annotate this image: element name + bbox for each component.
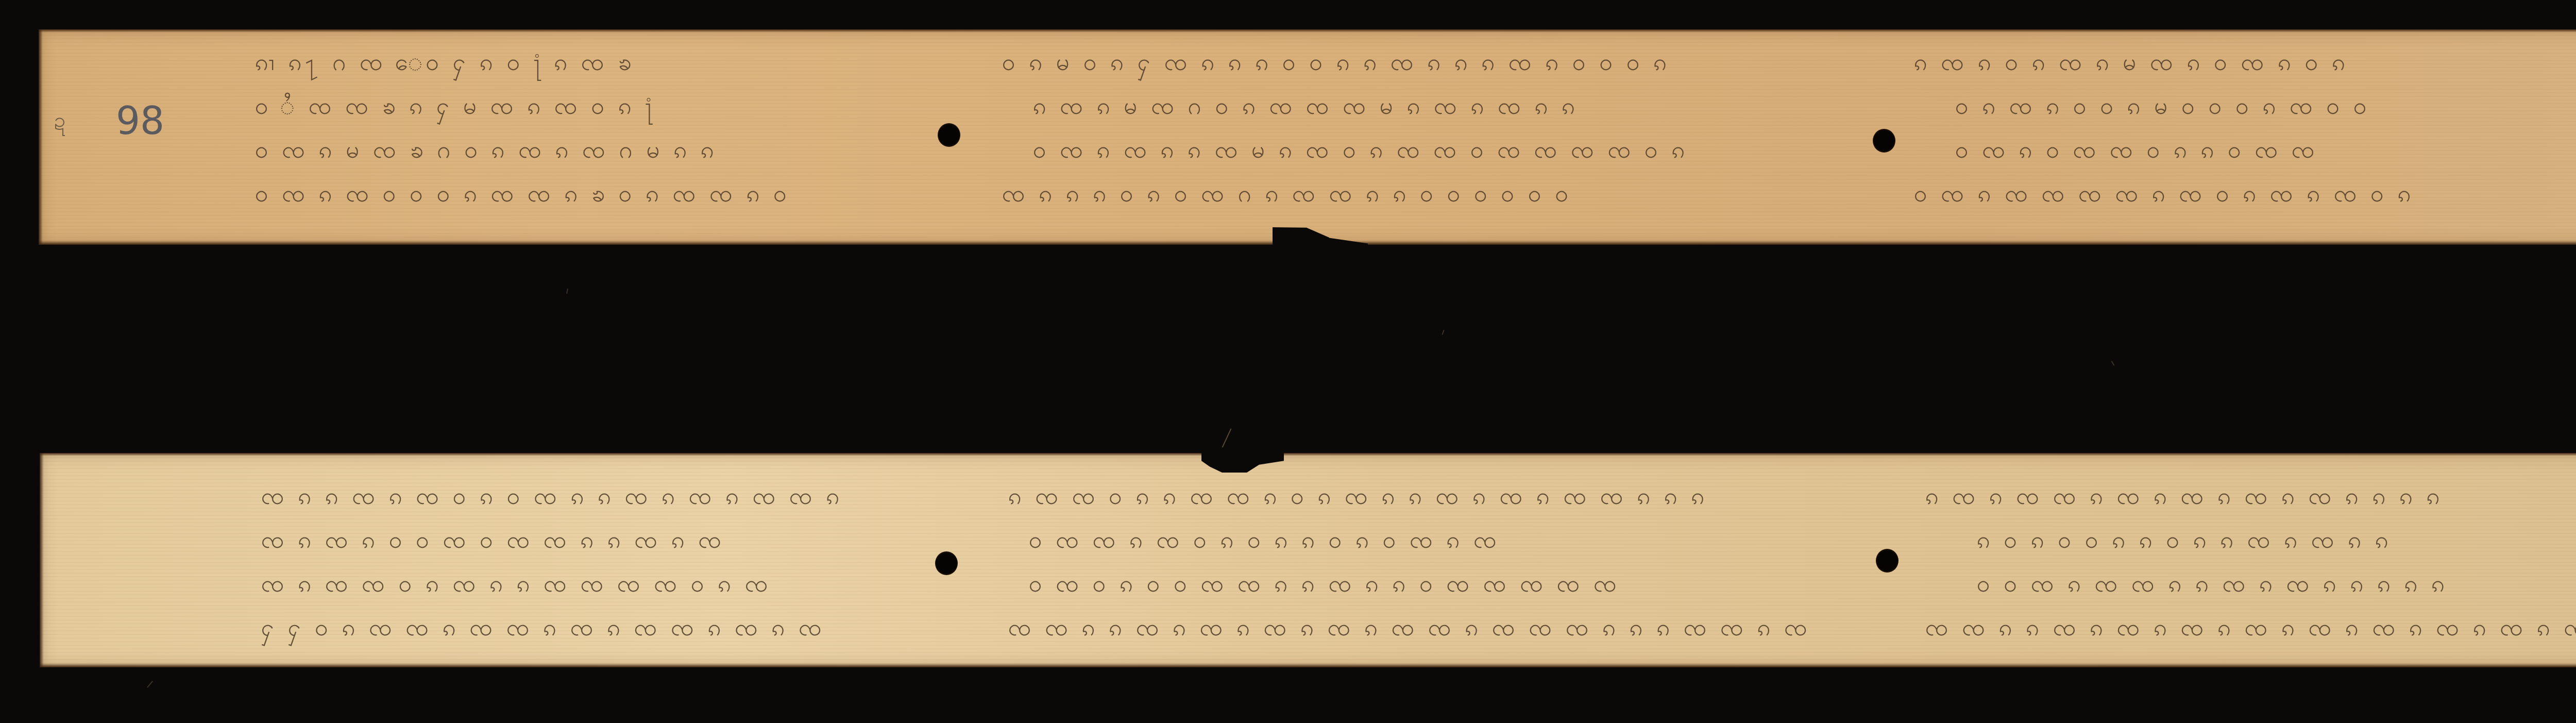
script-line: ဝ ၸ ၵ ဝ ၸ ၸ ဝ ၵ ၵ ဝ ၸ ၸ [1955,135,2318,170]
script-line: ဝ ၸ ဝ ၵ ဝ ဝ ၸ ၸ ၵ ၵ ၸ ၵ ၵ ဝ ၸ ၸ ၸ ၸ ၸ [1029,569,1620,603]
palm-leaf-bottom: ၸ ၵ ၵ ၸ ၵ ၸ ဝ ၵ ဝ ၸ ၵ ၵ ၸ ၵ ၸ ၵ ၸ ၸ ၵ ၸ … [40,453,2576,667]
script-line: ဝ ၸ ၵ ၸ ၵ ၵ ၸ မ ၵ ၸ ဝ ၵ ၸ ၸ ဝ ၸ ၸ ၸ ၸ ဝ … [1033,135,1688,170]
dust-speck [1442,330,1444,335]
script-line: ဝ ၸ ၵ ၸ ဝ ဝ ဝ ၵ ၸ ၸ ၵ ၶ ဝ ၵ ၸ ၸ ၵ ဝ [255,179,790,213]
leaf-tear [1306,234,1368,246]
leaf-tear [1201,453,1284,473]
palm-leaf-top: ဍ 98 ၵၢ ၵ႑ ဂ ၸ ေဝ ႁ ၵ ဝ ႞ ၵ ၸ ၶ ဝ ႆ ၸ ၸ … [39,29,2576,245]
script-line: ႁ ႁ ဝ ၵ ၸ ၸ ၵ ၸ ၸ ၵ ၸ ၵ ၸ ၸ ၵ ၸ ၵ ၸ [261,613,825,647]
leaf-edge [39,29,2576,32]
script-line: ၵ ၸ ၵ မ ၸ ဂ ဝ ၵ ၸ ၸ ၸ မ ၵ ၸ ၵ ၸ ၵ ၵ [1033,91,1578,126]
script-line: ၸ ၸ ၵ ၵ ၸ ၵ ၸ ၵ ၸ ၵ ၸ ၵ ၸ ၵ ၸ ၵ ၸ ၵ ၸ ၵ … [1925,613,2576,647]
folio-number: 98 [116,99,164,143]
string-hole-left [935,551,958,575]
script-line: ၸ ၵ ၵ ၵ ဝ ၵ ဝ ၸ ဂ ၵ ၸ ၸ ၵ ၵ ဝ ဝ ဝ ဝ ဝ ဝ [1002,179,1571,213]
script-line: ဝ ၵ မ ဝ ၵ ႁ ၸ ၵ ၵ ၵ ဝ ဝ ၵ ၵ ၸ ၵ ၵ ၵ ၸ ၵ … [1002,47,1670,82]
leaf-edge [40,663,2576,667]
script-line: ၵ ၸ ၵ ၸ ၸ ၵ ၸ ၵ ၸ ၵ ၸ ၵ ၸ ၵ ၵ ၵ ၵ [1925,481,2443,516]
string-hole-left [938,123,960,147]
leaf-edge [40,453,2576,456]
script-line: ၵ ၸ ၸ ဝ ၵ ၵ ၸ ၸ ၵ ဝ ၵ ၸ ၵ ၵ ၸ ၵ ၸ ၵ ၸ ၸ … [1008,481,1707,516]
folio-small-glyph: ဍ [54,107,65,137]
script-line: ၸ ၵ ၸ ၵ ဝ ဝ ၸ ဝ ၸ ၸ ၵ ၵ ၸ ၵ ၸ [261,525,724,560]
script-line: ၸ ၵ ၸ ၸ ဝ ၵ ၸ ၵ ၵ ၸ ၸ ၸ ၸ ဝ ၵ ၸ [261,569,771,603]
script-line: ၸ ၵ ၵ ၸ ၵ ၸ ဝ ၵ ဝ ၸ ၵ ၵ ၸ ၵ ၸ ၵ ၸ ၸ ၵ [261,481,842,516]
script-line: ဝ ၸ ၸ ၵ ၸ ဝ ၵ ဝ ၵ ၵ ဝ ၵ ဝ ၸ ၵ ၸ [1029,525,1500,560]
script-line: ဝ ၸ ၵ ၸ ၸ ၸ ၸ ၵ ၸ ဝ ၵ ၸ ၵ ၸ ဝ ၵ [1914,179,2414,213]
script-line: ၵ ၸ ၵ ဝ ၵ ၸ ၵ မ ၸ ၵ ဝ ၸ ၵ ဝ ၵ [1914,47,2348,82]
dust-speck [2111,361,2115,366]
leaf-edge [39,29,43,245]
script-line: ၸ ၸ ၵ ၵ ၸ ၵ ၸ ၵ ၸ ၵ ၸ ၵ ၸ ၸ ၵ ၸ ၸ ၸ ၵ ၵ … [1008,613,1810,647]
dust-speck [147,681,153,688]
script-line: ဝ ဝ ၸ ၵ ၸ ၸ ၵ ၵ ၸ ၵ ၸ ၵ ၵ ၵ ၵ ၵ [1977,569,2448,603]
script-line: ၵၢ ၵ႑ ဂ ၸ ေဝ ႁ ၵ ဝ ႞ ၵ ၸ ၶ [255,47,635,82]
script-line: ဝ ၸ ၵ မ ၸ ၶ ဂ ဝ ၵ ၸ ၵ ၸ ဂ မ ၵ ၵ [255,135,717,170]
fiber-speck [1222,428,1232,447]
dust-speck [566,289,568,294]
script-line: ၵ ဝ ၵ ဝ ဝ ၵ ၵ ဝ ၵ ၵ ၸ ၵ ၸ ၵ ၵ [1977,525,2392,560]
script-line: ဝ ႆ ၸ ၸ ၶ ၵ ႁ မ ၸ ၵ ၸ ဝ ၵ ႞ [255,91,655,126]
script-line: ဝ ၵ ၸ ၵ ဝ ဝ ၵ မ ဝ ဝ ဝ ၵ ၸ ဝ ဝ [1955,91,2370,126]
string-hole-right [1876,549,1899,573]
leaf-edge [40,453,44,667]
string-hole-right [1873,129,1895,153]
